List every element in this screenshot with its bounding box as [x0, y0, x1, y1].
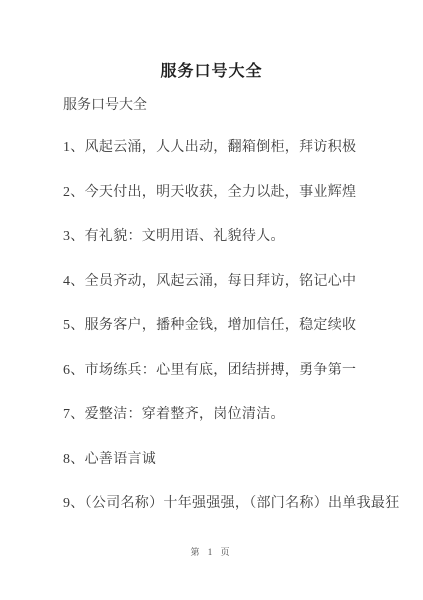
slogan-item: 3、有礼貌：文明用语、礼貌待人。 [63, 230, 403, 244]
slogan-item: 2、今天付出，明天收获，全力以赴，事业辉煌 [63, 186, 403, 200]
slogan-item: 9、（公司名称）十年强强强，（部门名称）出单我最狂 [63, 497, 403, 511]
slogan-item: 1、风起云涌，人人出动，翻箱倒柜，拜访积极 [63, 141, 403, 155]
slogan-item: 5、服务客户，播种金钱，增加信任，稳定续收 [63, 319, 403, 333]
document-subtitle: 服务口号大全 [63, 99, 147, 113]
page-number-indicator: 第 1 页 [0, 547, 423, 557]
slogan-item: 4、全员齐动，风起云涌，每日拜访，铭记心中 [63, 275, 403, 289]
slogan-item: 6、市场练兵：心里有底，团结拼搏，勇争第一 [63, 364, 403, 378]
slogan-item: 7、爱整洁：穿着整齐，岗位清洁。 [63, 408, 403, 422]
document-page: 服务口号大全 服务口号大全 1、风起云涌，人人出动，翻箱倒柜，拜访积极 2、今天… [0, 0, 423, 600]
slogan-item: 8、心善语言诚 [63, 453, 403, 467]
slogan-list: 1、风起云涌，人人出动，翻箱倒柜，拜访积极 2、今天付出，明天收获，全力以赴，事… [63, 141, 403, 542]
document-title: 服务口号大全 [0, 63, 423, 80]
